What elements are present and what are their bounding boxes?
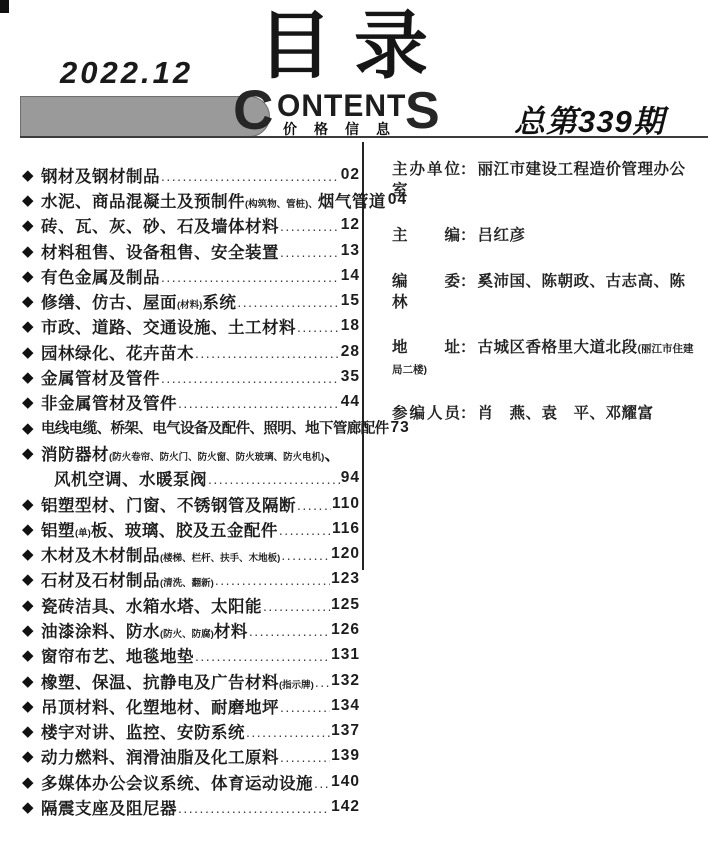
info-colon: ： xyxy=(460,338,476,359)
diamond-bullet-icon: ◆ xyxy=(22,596,41,614)
diamond-bullet-icon: ◆ xyxy=(22,242,41,260)
toc-entry-title: 瓷砖洁具、水箱水塔、太阳能 xyxy=(41,593,262,617)
dots-leader: ........................................… xyxy=(246,724,330,740)
toc-entry-title: 铝塑型材、门窗、不锈钢管及隔断 xyxy=(41,492,296,516)
page-number: 134 xyxy=(331,697,360,715)
dots-leader: ........................................… xyxy=(249,623,330,639)
toc-entry: ◆ 石材及石材制品(清洗、翻新) .......................… xyxy=(22,567,360,592)
diamond-bullet-icon: ◆ xyxy=(22,343,41,361)
toc-entry: ◆ 动力燃料、润滑油脂及化工原料 .......................… xyxy=(22,744,360,769)
dots-leader: ........................................… xyxy=(161,370,340,386)
diamond-bullet-icon: ◆ xyxy=(22,672,41,690)
toc-entry-title: 园林绿化、花卉苗木 xyxy=(41,340,194,364)
info-label: 参编人员 xyxy=(392,404,460,425)
info-label: 编委 xyxy=(392,272,460,293)
page-number: 94 xyxy=(341,469,360,487)
diamond-bullet-icon: ◆ xyxy=(22,773,41,791)
diamond-bullet-icon: ◆ xyxy=(22,545,41,563)
toc-entry: ◆ 园林绿化、花卉苗木 ............................… xyxy=(22,339,360,364)
dots-leader: ........................................… xyxy=(297,319,340,335)
toc-page: 2022.12 目录 C ONTENT S 价格信息 总第339期 ◆ 钢材及钢… xyxy=(0,0,708,856)
info-colon: ： xyxy=(460,226,476,247)
dots-leader: ........................................… xyxy=(297,497,331,513)
diamond-bullet-icon: ◆ xyxy=(22,570,41,588)
page-number: 15 xyxy=(341,292,360,310)
issue-date: 2022.12 xyxy=(60,55,193,91)
toc-entry-title: 吊顶材料、化塑地材、耐磨地坪 xyxy=(41,694,279,718)
toc-entry: ◆ 砖、瓦、灰、砂、石及墙体材料 .......................… xyxy=(22,213,360,238)
toc-entry-title: 非金属管材及管件 xyxy=(41,390,177,414)
dots-leader: ........................................… xyxy=(263,598,330,614)
dots-leader: ........................................… xyxy=(237,294,339,310)
toc-entry-title: 电线电缆、桥架、电气设备及配件、照明、地下管廊配件 xyxy=(41,417,389,438)
toc-entry: ◆ 消防器材(防火卷帘、防火门、防火窗、防火玻璃、防火电机)、 xyxy=(22,440,360,465)
diamond-bullet-icon: ◆ xyxy=(22,747,41,765)
page-number: 132 xyxy=(331,672,360,690)
info-label: 地址 xyxy=(392,338,460,359)
logo-word: ONTENT xyxy=(277,91,406,123)
toc-entry-title: 石材及石材制品(清洗、翻新) xyxy=(41,567,214,591)
toc-entry-title: 隔震支座及阻尼器 xyxy=(41,795,177,819)
page-number: 14 xyxy=(341,267,360,285)
dots-leader: ........................................… xyxy=(281,547,330,563)
toc-entry: ◆ 电线电缆、桥架、电气设备及配件、照明、地下管廊配件 ............… xyxy=(22,415,360,440)
diamond-bullet-icon: ◆ xyxy=(22,292,41,310)
page-number: 110 xyxy=(332,495,360,513)
dots-leader: ........................................… xyxy=(280,244,340,260)
page-number: 140 xyxy=(331,773,360,791)
page-number: 44 xyxy=(341,393,360,411)
toc-entry-title: 橡塑、保温、抗静电及广告材料(指示牌) xyxy=(41,669,314,693)
dots-leader: ........................................… xyxy=(161,269,340,285)
toc-entry-title: 木材及木材制品(楼梯、栏杆、扶手、木地板) xyxy=(41,542,280,566)
dots-leader: ........................................… xyxy=(178,395,340,411)
info-colon: ： xyxy=(460,404,476,425)
info-value: 肖 燕、袁 平、邓耀富 xyxy=(478,405,654,422)
dots-leader: ........................................… xyxy=(280,699,330,715)
diamond-bullet-icon: ◆ xyxy=(22,393,41,411)
logo-letter-s: S xyxy=(405,85,440,137)
contents-logo: C ONTENT S 价格信息 xyxy=(233,88,453,140)
page-number: 131 xyxy=(331,646,360,664)
dots-leader: ........................................… xyxy=(314,775,330,791)
toc-entry: ◆ 市政、道路、交通设施、土工材料 ......................… xyxy=(22,314,360,339)
corner-mark xyxy=(0,0,9,13)
toc-entry-title: 有色金属及制品 xyxy=(41,264,160,288)
page-number: 13 xyxy=(341,242,360,260)
toc-entry: ◆ 铝塑(单)板、玻璃、胶及五金配件 .....................… xyxy=(22,516,360,541)
logo-subtitle: 价格信息 xyxy=(283,119,407,139)
toc-list: ◆ 钢材及钢材制品 ..............................… xyxy=(22,162,360,820)
toc-entry-title: 钢材及钢材制品 xyxy=(41,163,160,187)
dots-leader: ........................................… xyxy=(195,648,330,664)
toc-entry-title: 窗帘布艺、地毯地垫 xyxy=(41,643,194,667)
diamond-bullet-icon: ◆ xyxy=(22,267,41,285)
page-number: 02 xyxy=(341,166,360,184)
toc-entry: ◆ 水泥、商品混凝土及预制件(构筑物、管桩)、烟气管道 ............… xyxy=(22,187,360,212)
diamond-bullet-icon: ◆ xyxy=(22,722,41,740)
toc-entry-title: 油漆涂料、防水(防火、防腐)材料 xyxy=(41,618,248,642)
info-colon: ： xyxy=(460,272,476,293)
toc-entry: ◆ 钢材及钢材制品 ..............................… xyxy=(22,162,360,187)
toc-entry: 风机空调、水暖泵阀 ..............................… xyxy=(22,466,360,491)
diamond-bullet-icon: ◆ xyxy=(22,697,41,715)
toc-entry-title: 多媒体办公会议系统、体育运动设施 xyxy=(41,770,313,794)
page-title: 目录 xyxy=(258,0,450,93)
info-label: 主办单位 xyxy=(392,160,460,181)
logo-letter-c: C xyxy=(233,82,273,138)
toc-entry: ◆ 金属管材及管件 ..............................… xyxy=(22,364,360,389)
diamond-bullet-icon: ◆ xyxy=(22,216,41,234)
toc-entry-title: 市政、道路、交通设施、土工材料 xyxy=(41,314,296,338)
toc-entry-title: 风机空调、水暖泵阀 xyxy=(54,466,207,490)
toc-entry: ◆ 隔震支座及阻尼器 .............................… xyxy=(22,794,360,819)
toc-entry-title: 金属管材及管件 xyxy=(41,365,160,389)
toc-entry-title: 水泥、商品混凝土及预制件(构筑物、管桩)、烟气管道 xyxy=(41,188,386,212)
toc-entry: ◆ 楼宇对讲、监控、安防系统 .........................… xyxy=(22,719,360,744)
page-number: 28 xyxy=(341,343,360,361)
diamond-bullet-icon: ◆ xyxy=(22,444,41,462)
diamond-bullet-icon: ◆ xyxy=(22,621,41,639)
toc-entry: ◆ 非金属管材及管件 .............................… xyxy=(22,390,360,415)
diamond-bullet-icon: ◆ xyxy=(22,317,41,335)
toc-entry: ◆ 橡塑、保温、抗静电及广告材料(指示牌) ..................… xyxy=(22,668,360,693)
toc-entry: ◆ 有色金属及制品 ..............................… xyxy=(22,263,360,288)
toc-entry: ◆ 瓷砖洁具、水箱水塔、太阳能 ........................… xyxy=(22,592,360,617)
diamond-bullet-icon: ◆ xyxy=(22,368,41,386)
page-number: 137 xyxy=(331,722,360,740)
diamond-bullet-icon: ◆ xyxy=(22,495,41,513)
page-number: 123 xyxy=(331,570,360,588)
toc-entry-title: 铝塑(单)板、玻璃、胶及五金配件 xyxy=(41,517,278,541)
dots-leader: ........................................… xyxy=(195,345,340,361)
page-number: 120 xyxy=(331,545,360,563)
diamond-bullet-icon: ◆ xyxy=(22,419,41,437)
diamond-bullet-icon: ◆ xyxy=(22,646,41,664)
info-value: 吕红彦 xyxy=(478,227,526,244)
page-number: 12 xyxy=(341,216,360,234)
toc-entry: ◆ 木材及木材制品(楼梯、栏杆、扶手、木地板) ................… xyxy=(22,541,360,566)
toc-entry-title: 砖、瓦、灰、砂、石及墙体材料 xyxy=(41,213,279,237)
toc-entry: ◆ 材料租售、设备租售、安全装置 .......................… xyxy=(22,238,360,263)
info-row: 主编：吕红彦 xyxy=(392,226,698,247)
dots-leader: ........................................… xyxy=(280,218,340,234)
toc-entry-title: 动力燃料、润滑油脂及化工原料 xyxy=(41,744,279,768)
dots-leader: ........................................… xyxy=(215,572,330,588)
dots-leader: ........................................… xyxy=(280,749,330,765)
info-panel: 主办单位：丽江市建设工程造价管理办公室 主编：吕红彦 编委：奚沛国、陈朝政、古志… xyxy=(392,160,698,450)
dots-leader: ........................................… xyxy=(178,800,330,816)
toc-entry-title: 修缮、仿古、屋面(材料)系统 xyxy=(41,289,236,313)
dots-leader: ........................................… xyxy=(208,471,340,487)
toc-entry-title: 消防器材(防火卷帘、防火门、防火窗、防火玻璃、防火电机)、 xyxy=(41,441,341,465)
diamond-bullet-icon: ◆ xyxy=(22,520,41,538)
page-number: 126 xyxy=(331,621,360,639)
toc-entry-title: 楼宇对讲、监控、安防系统 xyxy=(41,719,245,743)
toc-entry: ◆ 窗帘布艺、地毯地垫 ............................… xyxy=(22,643,360,668)
diamond-bullet-icon: ◆ xyxy=(22,166,41,184)
toc-entry: ◆ 铝塑型材、门窗、不锈钢管及隔断 ......................… xyxy=(22,491,360,516)
info-row: 参编人员：肖 燕、袁 平、邓耀富 xyxy=(392,404,698,425)
page-number: 139 xyxy=(331,747,360,765)
dots-leader: ........................................… xyxy=(279,522,331,538)
diamond-bullet-icon: ◆ xyxy=(22,798,41,816)
info-row: 编委：奚沛国、陈朝政、古志高、陈 林 xyxy=(392,272,698,314)
page-number: 116 xyxy=(332,520,360,538)
info-row: 地址：古城区香格里大道北段(丽江市住建局二楼) xyxy=(392,338,698,380)
toc-entry: ◆ 油漆涂料、防水(防火、防腐)材料 .....................… xyxy=(22,617,360,642)
toc-entry: ◆ 修缮、仿古、屋面(材料)系统 .......................… xyxy=(22,288,360,313)
diamond-bullet-icon: ◆ xyxy=(22,191,41,209)
dots-leader: ........................................… xyxy=(315,674,330,690)
info-label: 主编 xyxy=(392,226,460,247)
issue-number: 总第339期 xyxy=(514,96,665,141)
dots-leader: ........................................… xyxy=(161,168,340,184)
toc-entry: ◆ 吊顶材料、化塑地材、耐磨地坪 .......................… xyxy=(22,693,360,718)
info-colon: ： xyxy=(460,160,476,181)
info-row: 主办单位：丽江市建设工程造价管理办公室 xyxy=(392,160,698,202)
page-number: 18 xyxy=(341,317,360,335)
toc-entry: ◆ 多媒体办公会议系统、体育运动设施 .....................… xyxy=(22,769,360,794)
page-number: 142 xyxy=(331,798,360,816)
toc-entry-title: 材料租售、设备租售、安全装置 xyxy=(41,239,279,263)
page-number: 125 xyxy=(331,596,360,614)
page-number: 35 xyxy=(341,368,360,386)
